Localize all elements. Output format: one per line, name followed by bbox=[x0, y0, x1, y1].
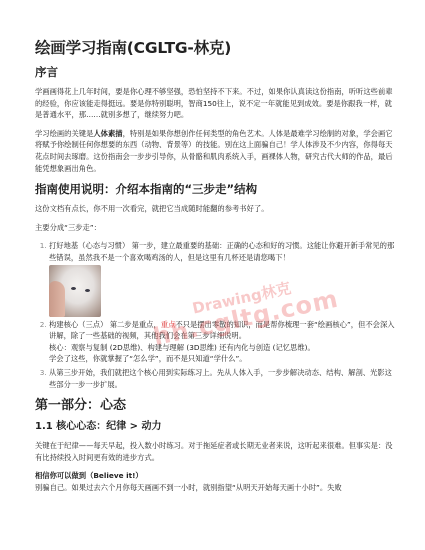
hand-shape bbox=[49, 281, 65, 317]
step-item-2: 构建核心（三点） 第二步是重点，重点不只是摆出零散的知识，而是帮你梳理一套“绘画… bbox=[49, 319, 395, 365]
cat-meme-image bbox=[49, 265, 101, 317]
guide-paragraph-1: 这份文档有点长，你不用一次看完，就把它当成随时能翻的参考书好了。 bbox=[35, 203, 395, 215]
preface-paragraph-1: 学画画得花上几年时间，要是你心理不够坚强，恐怕坚持不下来。不过，如果你认真读这份… bbox=[35, 86, 395, 121]
three-steps-list: 打好地基（心态与习惯） 第一步，建立最重要的基础：正确的心态和好的习惯。这能让你… bbox=[35, 240, 395, 390]
step-item-1: 打好地基（心态与习惯） 第一步，建立最重要的基础：正确的心态和好的习惯。这能让你… bbox=[49, 240, 395, 316]
step-text: 打好地基（心态与习惯） 第一步，建立最重要的基础：正确的心态和好的习惯。这能让你… bbox=[49, 241, 394, 262]
part1-subheading: 1.1 核心心态：纪律 > 动力 bbox=[35, 420, 395, 434]
guide-paragraph-2: 主要分成“三步走”： bbox=[35, 222, 395, 234]
highlighted-text: 重点 bbox=[161, 320, 176, 329]
part1-paragraph: 关键在于纪律——每天早起，投入数小时练习。对于拖延症者或长期无业者来说，这听起来… bbox=[35, 440, 395, 463]
document-title: 绘画学习指南(CGLTG-林克) bbox=[35, 38, 395, 58]
believe-paragraph: 别骗自己。如果过去六个月你每天画画不到一小时，就别指望“从明天开始每天画十小时”… bbox=[35, 482, 395, 494]
eye-shape bbox=[85, 289, 90, 292]
step-core-line: 核心：观察与复制 (2D思维)、构建与理解 (3D思维) 还有内化与创造 (记忆… bbox=[49, 343, 315, 352]
part1-heading: 第一部分：心态 bbox=[35, 398, 395, 414]
believe-heading-text: 相信你可以做到（Believe it!） bbox=[35, 471, 143, 480]
preface-heading: 序言 bbox=[35, 64, 395, 80]
bold-term: 人体素描 bbox=[93, 129, 122, 138]
step-summary-line: 学会了这些，你就掌握了“怎么学”，而不是只知道“学什么”。 bbox=[49, 354, 247, 363]
step-item-3: 从第三步开始，我们就把这个核心用到实际练习上。先从人体入手，一步步解决动态、结构… bbox=[49, 367, 395, 390]
step-text: 构建核心（三点） 第二步是重点， bbox=[49, 320, 161, 329]
eye-shape bbox=[71, 287, 76, 290]
preface-paragraph-2: 学习绘画的关键是人体素描，特别是如果你想创作任何类型的角色艺术。人体是最难学习绘… bbox=[35, 128, 395, 174]
step-text: 从第三步开始，我们就把这个核心用到实际练习上。先从人体入手，一步步解决动态、结构… bbox=[49, 368, 392, 389]
text-span: 学习绘画的关键是 bbox=[35, 129, 93, 138]
document-page: 绘画学习指南(CGLTG-林克) 序言 学画画得花上几年时间，要是你心理不够坚强… bbox=[35, 38, 395, 500]
believe-heading: 相信你可以做到（Believe it!） bbox=[35, 470, 395, 482]
guide-heading: 指南使用说明：介绍本指南的“三步走”结构 bbox=[35, 181, 395, 197]
